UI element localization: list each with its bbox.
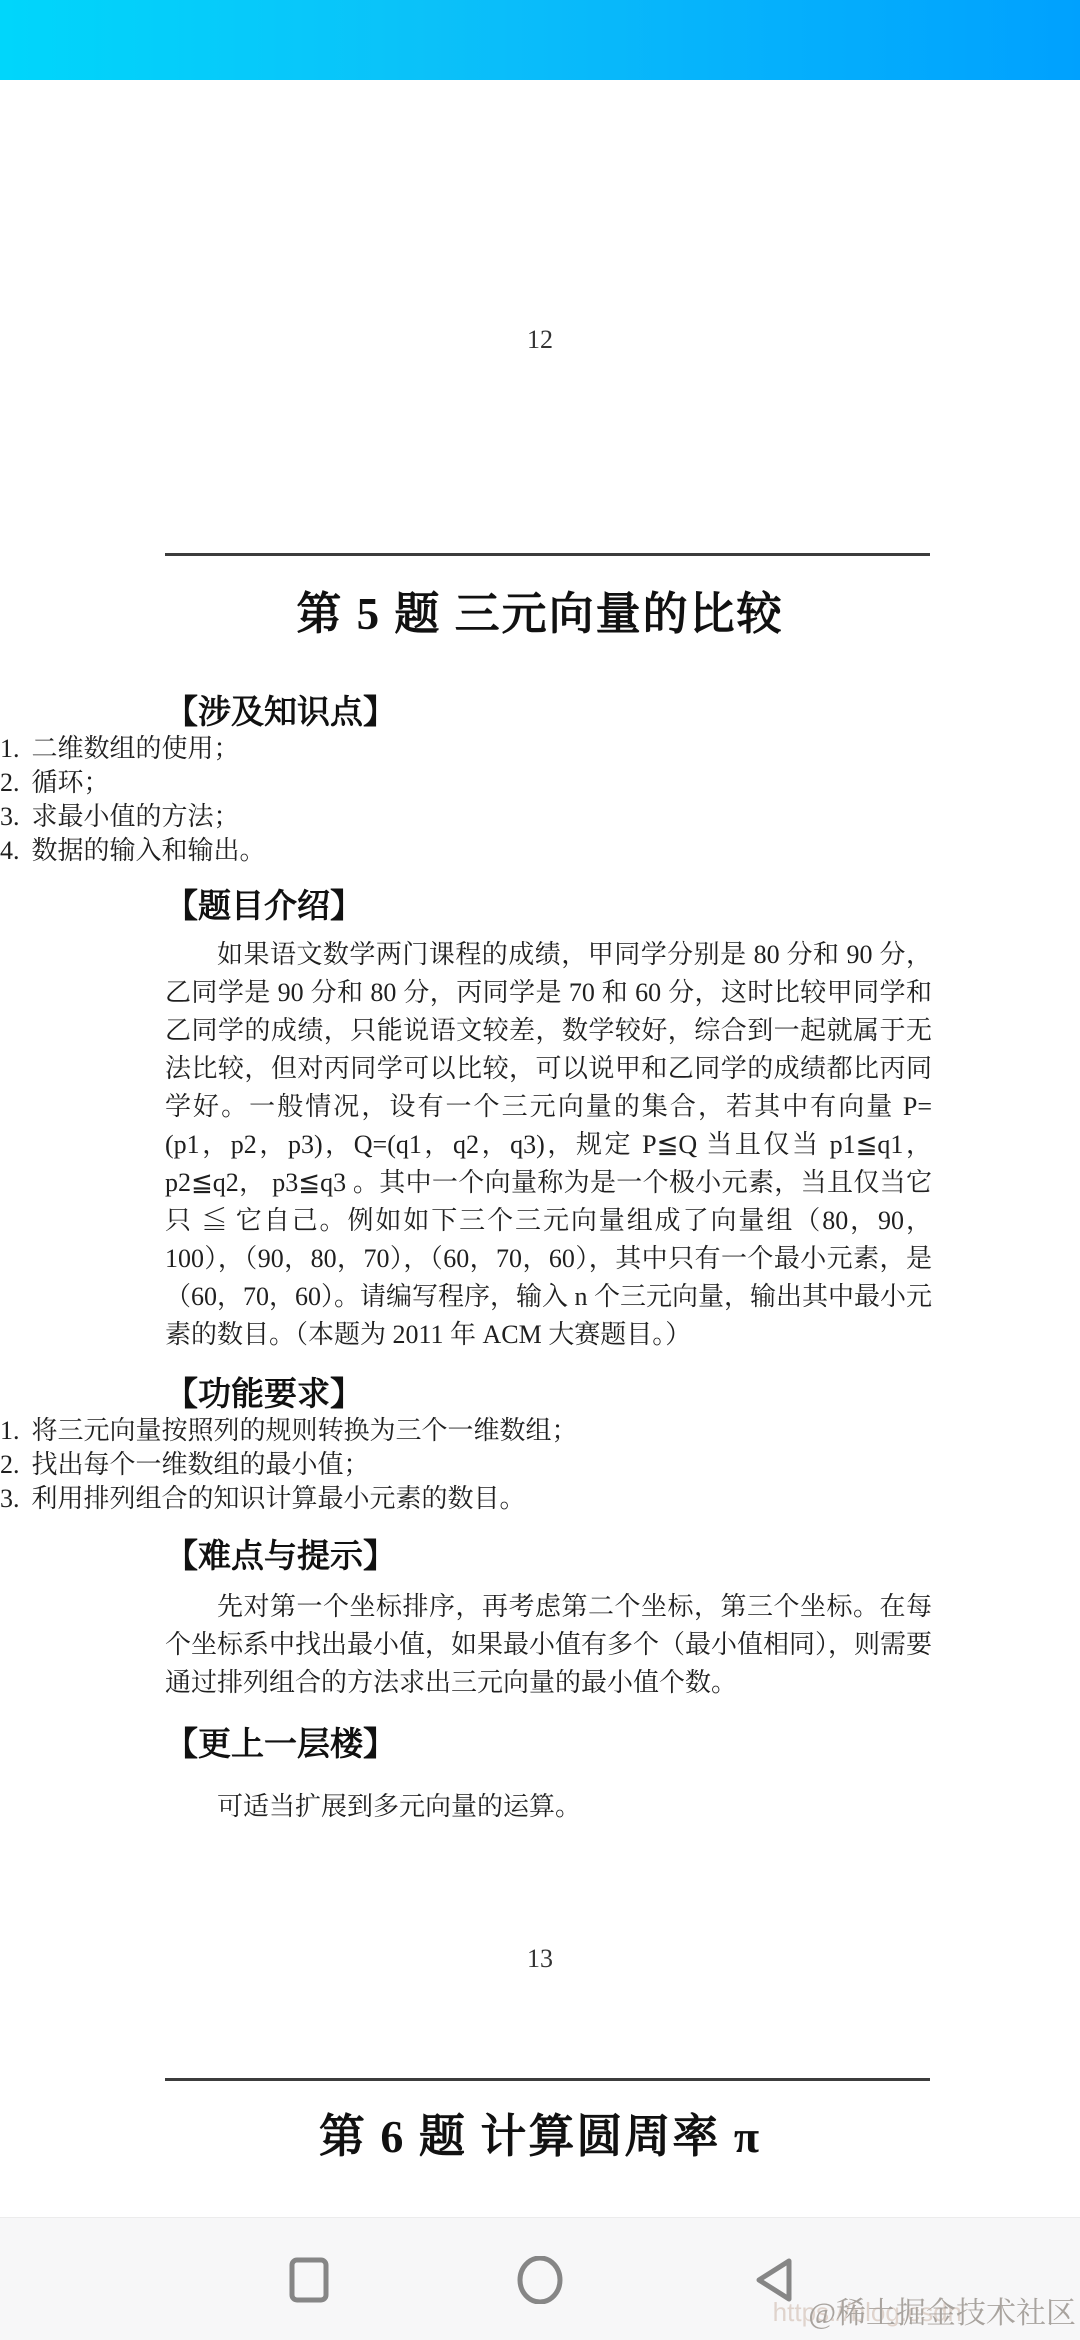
list-item-text: 数据的输入和输出。	[32, 836, 266, 865]
list-item: 1.二维数组的使用；	[0, 732, 1080, 766]
list-item-number: 2.	[0, 766, 20, 800]
section-heading-knowledge: 【涉及知识点】	[165, 694, 930, 732]
chapter-divider-line	[165, 2078, 930, 2081]
recents-square-icon	[285, 2256, 333, 2304]
home-circle-icon	[516, 2256, 564, 2304]
chapter-divider-line	[165, 553, 930, 556]
watermark-community-badge: @稀土掘金技术社区	[808, 2288, 1076, 2332]
list-item: 1.将三元向量按照列的规则转换为三个一维数组；	[0, 1414, 1080, 1448]
home-button[interactable]	[516, 2256, 564, 2304]
section-heading-intro: 【题目介绍】	[165, 888, 930, 926]
list-item-number: 3.	[0, 1482, 20, 1516]
section-heading-extend: 【更上一层楼】	[165, 1726, 930, 1764]
list-item-text: 循环；	[32, 768, 110, 797]
knowledge-list: 1.二维数组的使用； 2.循环； 3.求最小值的方法； 4.数据的输入和输出。	[0, 732, 1080, 868]
recents-button[interactable]	[285, 2256, 333, 2304]
list-item-text: 二维数组的使用；	[32, 734, 240, 763]
list-item-text: 利用排列组合的知识计算最小元素的数目。	[32, 1484, 526, 1513]
list-item-number: 1.	[0, 732, 20, 766]
requirements-list: 1.将三元向量按照列的规则转换为三个一维数组； 2.找出每个一维数组的最小值； …	[0, 1414, 1080, 1516]
hints-paragraph: 先对第一个坐标排序，再考虑第二个坐标，第三个坐标。在每个坐标系中找出最小值，如果…	[165, 1588, 932, 1702]
phone-screen: 12 第 5 题 三元向量的比较 【涉及知识点】 1.二维数组的使用； 2.循环…	[0, 0, 1080, 2340]
chapter-6-title: 第 6 题 计算圆周率 π	[120, 2107, 960, 2167]
chapter-5-title: 第 5 题 三元向量的比较	[120, 584, 960, 644]
list-item-number: 3.	[0, 800, 20, 834]
list-item: 3.求最小值的方法；	[0, 800, 1080, 834]
list-item: 3.利用排列组合的知识计算最小元素的数目。	[0, 1482, 1080, 1516]
extend-paragraph: 可适当扩展到多元向量的运算。	[165, 1788, 932, 1826]
section-heading-hints: 【难点与提示】	[165, 1538, 930, 1576]
list-item: 4.数据的输入和输出。	[0, 834, 1080, 868]
status-bar-header	[0, 0, 1080, 80]
android-navigation-bar: https://blog.csdn @稀土掘金技术社区	[0, 2217, 1080, 2340]
list-item-number: 1.	[0, 1414, 20, 1448]
list-item-number: 4.	[0, 834, 20, 868]
list-item-number: 2.	[0, 1448, 20, 1482]
page-number-13: 13	[0, 1944, 1080, 1974]
section-heading-requirements: 【功能要求】	[165, 1376, 930, 1414]
list-item: 2.找出每个一维数组的最小值；	[0, 1448, 1080, 1482]
list-item-text: 找出每个一维数组的最小值；	[32, 1450, 370, 1479]
document-scroll-area[interactable]: 12 第 5 题 三元向量的比较 【涉及知识点】 1.二维数组的使用； 2.循环…	[0, 80, 1080, 2078]
list-item-text: 将三元向量按照列的规则转换为三个一维数组；	[32, 1416, 578, 1445]
list-item: 2.循环；	[0, 766, 1080, 800]
next-page-top: 第 6 题 计算圆周率 π	[0, 2078, 1080, 2218]
list-item-text: 求最小值的方法；	[32, 802, 240, 831]
page-number-12: 12	[0, 80, 1080, 355]
intro-paragraph: 如果语文数学两门课程的成绩，甲同学分别是 80 分和 90 分，乙同学是 90 …	[165, 936, 932, 1354]
